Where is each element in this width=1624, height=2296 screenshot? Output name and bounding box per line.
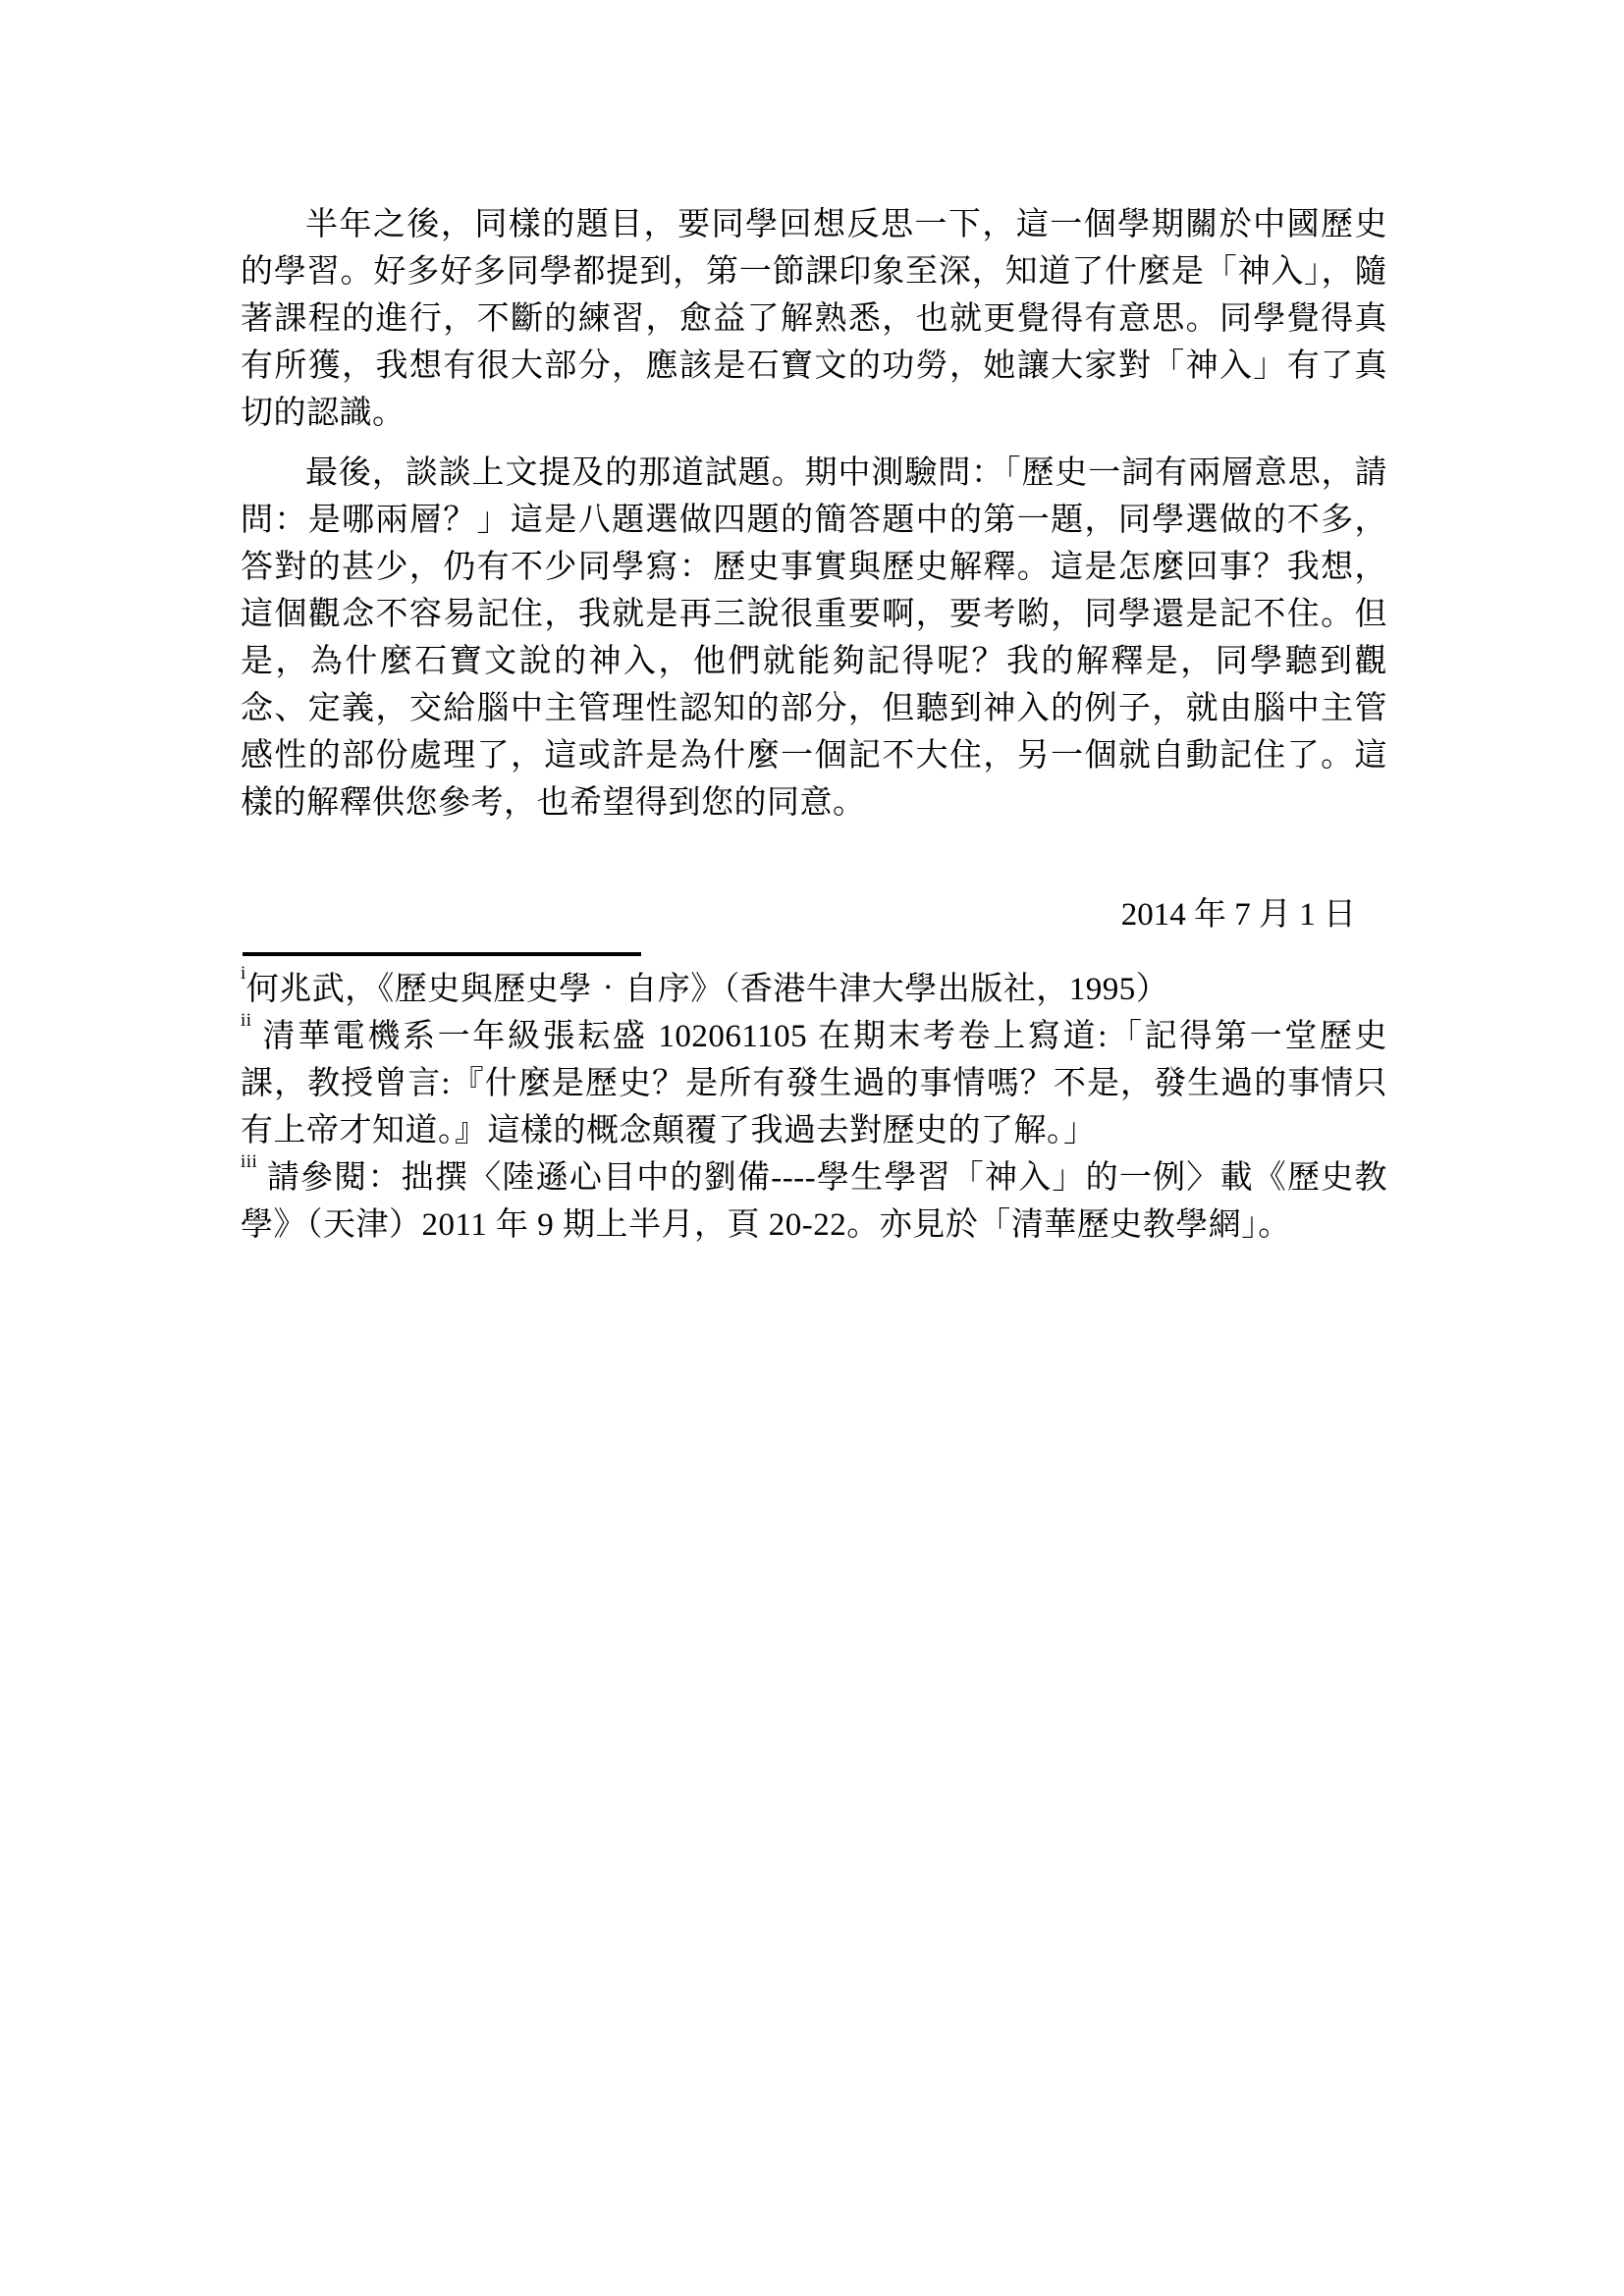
footnote-marker-i: i xyxy=(241,963,246,984)
footnote-marker-ii: ii xyxy=(241,1010,252,1031)
body-paragraph-1: 半年之後，同樣的題目，要同學回想反思一下，這一個學期關於中國歷史的學習。好多好多… xyxy=(241,201,1387,437)
footnote-text-ii: 清華電機系一年級張耘盛 102061105 在期末考卷上寫道:「記得第一堂歷史課… xyxy=(241,1019,1387,1148)
footnote-ii: ii 清華電機系一年級張耘盛 102061105 在期末考卷上寫道:「記得第一堂… xyxy=(241,1013,1387,1154)
footnote-i: i何兆武，《歷史與歷史學‧自序》（香港牛津大學出版社，1995） xyxy=(241,966,1387,1013)
date-line: 2014 年 7 月 1 日 xyxy=(241,891,1387,938)
text-content-area: 半年之後，同樣的題目，要同學回想反思一下，這一個學期關於中國歷史的學習。好多好多… xyxy=(241,201,1387,1249)
footnote-text-iii: 請參閱：拙撰〈陸遜心目中的劉備----學生學習「神入」的一例〉載《歷史教學》（天… xyxy=(241,1160,1387,1243)
footnote-iii: iii 請參閱：拙撰〈陸遜心目中的劉備----學生學習「神入」的一例〉載《歷史教… xyxy=(241,1154,1387,1249)
footnote-separator-line xyxy=(243,952,641,956)
footnote-marker-iii: iii xyxy=(241,1151,257,1172)
document-page: 半年之後，同樣的題目，要同學回想反思一下，這一個學期關於中國歷史的學習。好多好多… xyxy=(0,0,1624,2296)
footnotes-section: i何兆武，《歷史與歷史學‧自序》（香港牛津大學出版社，1995） ii 清華電機… xyxy=(241,966,1387,1249)
footnote-text-i: 何兆武，《歷史與歷史學‧自序》（香港牛津大學出版社，1995） xyxy=(246,972,1169,1007)
body-text-block: 半年之後，同樣的題目，要同學回想反思一下，這一個學期關於中國歷史的學習。好多好多… xyxy=(241,201,1387,827)
body-paragraph-2: 最後，談談上文提及的那道試題。期中測驗問：「歷史一詞有兩層意思，請問：是哪兩層？… xyxy=(241,450,1387,827)
